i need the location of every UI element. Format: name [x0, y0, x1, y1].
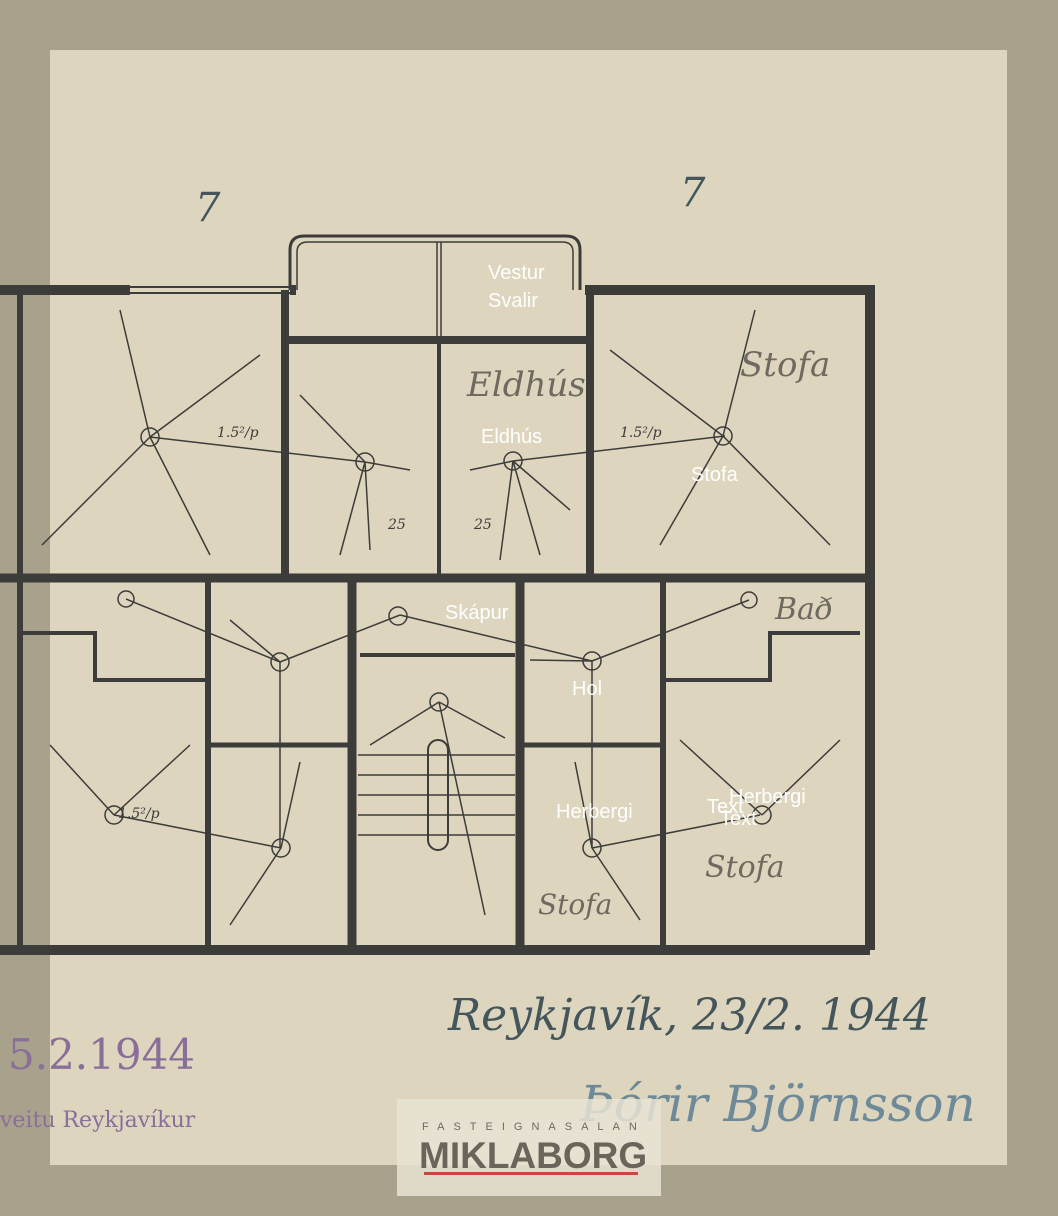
logo-name: MIKLABORG [419, 1135, 647, 1177]
stamp-date: 5.2.1944 [8, 1030, 195, 1079]
logo-subtitle: FASTEIGNASALAN [422, 1121, 646, 1133]
miklaborg-logo: FASTEIGNASALAN MIKLABORG [397, 1099, 661, 1196]
wire-spec-2: 1.5²/p [620, 425, 662, 441]
room-label-skapur: Skápur [445, 599, 508, 627]
fuse-label-left: 25 [388, 517, 406, 533]
room-label-herbergi-1: Herbergi [556, 798, 633, 826]
handwritten-place-date: Reykjavík, 23/2. 1944 [448, 990, 931, 1041]
handwritten-stofa-top: Stofa [740, 345, 830, 385]
stamp-text: veitu Reykjavíkur [0, 1108, 195, 1133]
handwritten-stofa-bottom: Stofa [538, 888, 612, 921]
room-label-vestur-svalir: Vestur Svalir [488, 259, 545, 315]
logo-underline [424, 1172, 638, 1175]
handwritten-mark-7-left: 7 [195, 185, 220, 231]
room-label-stofa: Stofa [691, 461, 738, 489]
room-label-line: Vestur [488, 259, 545, 287]
room-label-text-2: Text [720, 805, 757, 833]
handwritten-stofa-bottom-right: Stofa [705, 850, 785, 885]
room-label-hol: Hol [572, 675, 602, 703]
room-label-line: Svalir [488, 287, 545, 315]
handwritten-mark-7-right: 7 [680, 170, 705, 216]
handwritten-eldhus: Eldhús [467, 365, 586, 405]
handwritten-bad: Bað [775, 592, 833, 627]
room-label-eldhus: Eldhús [481, 423, 542, 451]
wire-spec-3: 1.5²/p [118, 806, 160, 822]
fuse-label-right: 25 [474, 517, 492, 533]
wire-spec-1: 1.5²/p [217, 425, 259, 441]
